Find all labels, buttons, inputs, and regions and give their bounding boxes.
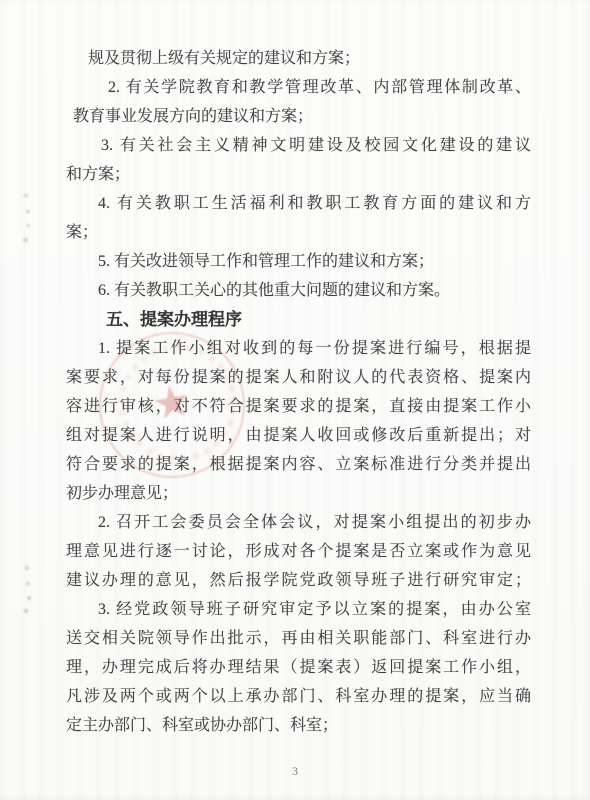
scan-dot [24,609,28,613]
text-line: 1. 提案工作小组对收到的每一份提案进行编号，根据提 [66,334,531,363]
text-line: 理，办理完成后将办理结果（提案表）返回提案工作小组， [66,653,531,682]
page-number: 3 [0,764,590,779]
text-line: 组对提案人进行说明，由提案人收回或修改后重新提出；对 [66,421,531,450]
document-body: 规及贯彻上级有关规定的建议和方案；2. 有关学院教育和教学管理改革、内部管理体制… [66,44,531,740]
text-line: 送交相关院领导作出批示，再由相关职能部门、科室进行办 [66,624,531,653]
text-line: 2. 有关学院教育和教学管理改革、内部管理体制改革、 [66,73,531,102]
scan-dot [26,210,30,213]
text-line: 4. 有关教职工生活福利和教职工教育方面的建议和方 [66,189,531,218]
text-line: 3. 有关社会主义精神文明建设及校园文化建设的建议 [66,131,531,160]
text-line: 建议办理的意见，然后报学院党政领导班子进行研究审定； [66,566,531,595]
scan-dot [24,194,28,197]
scan-dot [27,596,31,600]
text-line: 案； [66,218,531,247]
section-heading: 五、提案办理程序 [66,305,531,334]
scan-dot [25,566,29,570]
text-line: 符合要求的提案，根据提案内容、立案标准进行分类并提出 [66,450,531,479]
text-line: 6. 有关教职工关心的其他重大问题的建议和方案。 [66,276,531,305]
text-line: 教育事业发展方向的建议和方案； [66,102,531,131]
scanned-document-page: ★ 规及贯彻上级有关规定的建议和方案；2. 有关学院教育和教学管理改革、内部管理… [0,0,590,800]
text-line: 3. 经党政领导班子研究审定予以立案的提案，由办公室 [66,595,531,624]
text-line: 案要求，对每份提案的提案人和附议人的代表资格、提案内 [66,363,531,392]
text-line: 和方案； [66,160,531,189]
text-line: 容进行审核，对不符合提案要求的提案，直接由提案工作小 [66,392,531,421]
text-line: 凡涉及两个或两个以上承办部门、科室办理的提案，应当确 [66,682,531,711]
text-line: 5. 有关改进领导工作和管理工作的建议和方案； [66,247,531,276]
text-line: 规及贯彻上级有关规定的建议和方案； [66,44,531,73]
scan-dot [23,238,28,242]
text-line: 2. 召开工会委员会全体会议，对提案小组提出的初步办 [66,508,531,537]
scan-dot [26,582,30,585]
text-line: 定主办部门、科室或协办部门、科室； [66,711,531,740]
text-line: 理意见进行逐一讨论，形成对各个提案是否立案或作为意见 [66,537,531,566]
text-line: 初步办理意见； [66,479,531,508]
scan-dot [27,224,30,227]
